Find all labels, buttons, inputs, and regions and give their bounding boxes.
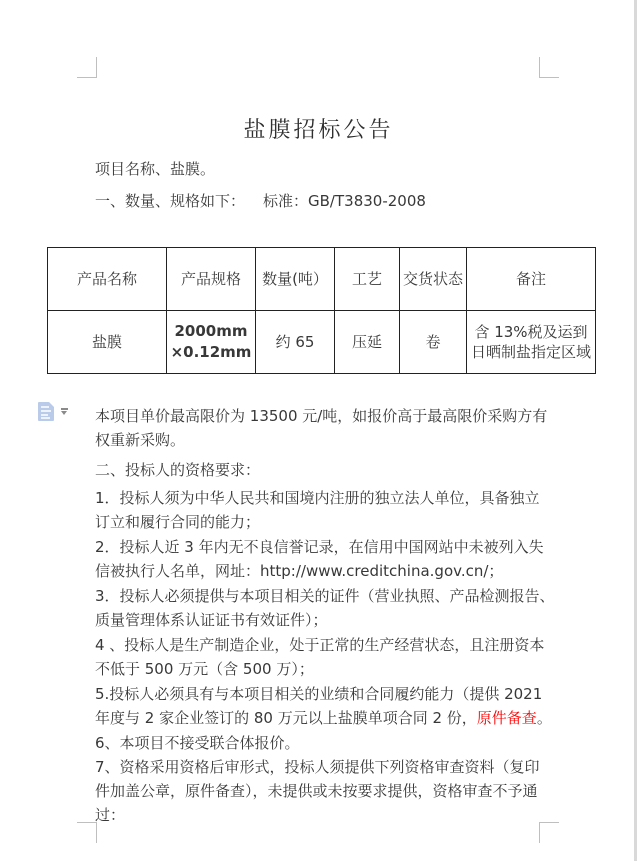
cell-delivery-state: 卷 bbox=[400, 311, 467, 374]
paragraph-item1: 1．投标人须为中华人民共和国境内注册的独立法人单位，具备独立 订立和履行合同的能… bbox=[95, 486, 575, 534]
paragraph-line: 4 、投标人是生产制造企业，处于正常的生产经营状态，且注册资本 bbox=[95, 633, 575, 657]
paragraph-item5: 5.投标人必须具有与本项目相关的业绩和合同履约能力（提供 2021 年度与 2 … bbox=[95, 682, 575, 730]
paragraph-line: 6、本项目不接受联合体报价。 bbox=[95, 731, 575, 755]
table-header-row: 产品名称 产品规格 数量(吨） 工艺 交货状态 备注 bbox=[48, 248, 596, 311]
paragraph-section2: 二、投标人的资格要求： bbox=[95, 458, 575, 482]
standard-ref: 标准：GB/T3830-2008 bbox=[263, 189, 426, 213]
margin-mark-top-right bbox=[539, 57, 559, 78]
paragraph-line: 年度与 2 家企业签订的 80 万元以上盐膜单项合同 2 份，原件备查。 bbox=[95, 706, 575, 730]
paragraph-item4: 4 、投标人是生产制造企业，处于正常的生产经营状态，且注册资本 不低于 500 … bbox=[95, 633, 575, 681]
paragraph-project-name: 项目名称、盐膜。 bbox=[95, 157, 575, 181]
margin-mark-top-left bbox=[77, 57, 97, 78]
paste-icon bbox=[38, 402, 54, 421]
paragraph-section1: 一、数量、规格如下：标准：GB/T3830-2008 bbox=[95, 189, 575, 213]
paragraph-line: 本项目单价最高限价为 13500 元/吨，如报价高于最高限价采购方有 bbox=[95, 404, 575, 428]
paste-options-button[interactable] bbox=[37, 401, 71, 423]
cell-quantity: 约 65 bbox=[256, 311, 335, 374]
chevron-down-icon[interactable] bbox=[60, 408, 69, 416]
paragraph-item3: 3．投标人必须提供与本项目相关的证件（营业执照、产品检测报告、 质量管理体系认证… bbox=[95, 584, 575, 632]
paragraph-line: 3．投标人必须提供与本项目相关的证件（营业执照、产品检测报告、 bbox=[95, 584, 575, 608]
paragraph-line: 5.投标人必须具有与本项目相关的业绩和合同履约能力（提供 2021 bbox=[95, 682, 575, 706]
header-remark: 备注 bbox=[467, 248, 596, 311]
paragraph-line: 2．投标人近 3 年内无不良信誉记录，在信用中国网站中未被列入失 bbox=[95, 535, 575, 559]
section1-label: 一、数量、规格如下： bbox=[95, 192, 245, 210]
cell-process: 压延 bbox=[335, 311, 400, 374]
header-process: 工艺 bbox=[335, 248, 400, 311]
paragraph-line: 7、资格采用资格后审形式，投标人须提供下列资格审查资料（复印 bbox=[95, 755, 575, 779]
paragraph-item2: 2．投标人近 3 年内无不良信誉记录，在信用中国网站中未被列入失 信被执行人名单… bbox=[95, 535, 575, 583]
table-row: 盐膜 2000mm×0.12mm 约 65 压延 卷 含 13%税及运到日晒制盐… bbox=[48, 311, 596, 374]
header-quantity: 数量(吨） bbox=[256, 248, 335, 311]
header-product-spec: 产品规格 bbox=[167, 248, 256, 311]
document-page: 盐膜招标公告 项目名称、盐膜。 一、数量、规格如下：标准：GB/T3830-20… bbox=[0, 0, 637, 861]
cell-product-spec: 2000mm×0.12mm bbox=[167, 311, 256, 374]
header-product-name: 产品名称 bbox=[48, 248, 167, 311]
paragraph-line: 二、投标人的资格要求： bbox=[95, 458, 575, 482]
paragraph-line: 订立和履行合同的能力； bbox=[95, 510, 575, 534]
paragraph-line: 权重新采购。 bbox=[95, 428, 575, 452]
cell-remark: 含 13%税及运到日晒制盐指定区域 bbox=[467, 311, 596, 374]
product-spec-table: 产品名称 产品规格 数量(吨） 工艺 交货状态 备注 盐膜 2000mm×0.1… bbox=[47, 247, 596, 374]
paragraph-item7: 7、资格采用资格后审形式，投标人须提供下列资格审查资料（复印 件加盖公章，原件备… bbox=[95, 755, 575, 827]
paragraph-line: 件加盖公章，原件备查），未提供或未按要求提供，资格审查不予通 bbox=[95, 779, 575, 803]
paragraph-price-limit: 本项目单价最高限价为 13500 元/吨，如报价高于最高限价采购方有 权重新采购… bbox=[95, 404, 575, 452]
paragraph-line: 不低于 500 万元（含 500 万）； bbox=[95, 657, 575, 681]
paste-icon-fold bbox=[49, 402, 54, 407]
document-title: 盐膜招标公告 bbox=[0, 113, 637, 144]
cell-product-name: 盐膜 bbox=[48, 311, 167, 374]
margin-mark-bottom-left bbox=[77, 822, 97, 843]
red-highlight-text: 原件备查 bbox=[477, 709, 537, 727]
paragraph-line: 1．投标人须为中华人民共和国境内注册的独立法人单位，具备独立 bbox=[95, 486, 575, 510]
paragraph-item6: 6、本项目不接受联合体报价。 bbox=[95, 731, 575, 755]
paragraph-line: 过： bbox=[95, 803, 575, 827]
paragraph-line: 质量管理体系认证证书有效证件）； bbox=[95, 608, 575, 632]
paragraph-line: 项目名称、盐膜。 bbox=[95, 157, 575, 181]
paragraph-line: 信被执行人名单，网址：http://www.creditchina.gov.cn… bbox=[95, 559, 575, 583]
header-delivery-state: 交货状态 bbox=[400, 248, 467, 311]
